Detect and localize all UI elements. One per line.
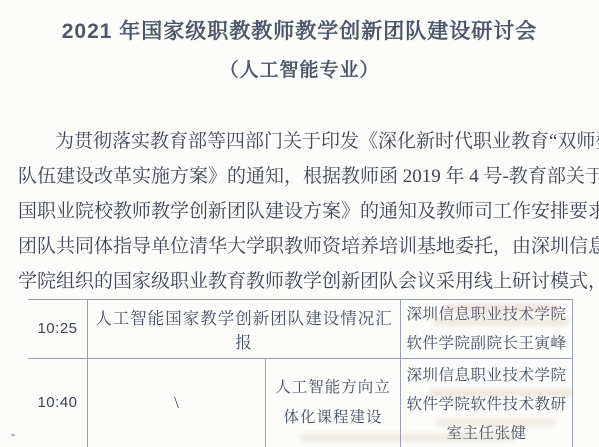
table-cell-time-row2: 10:40 <box>28 358 87 447</box>
body-line-5: 学院组织的国家级职业教育教师教学创新团队会议采用线上研讨模式，通知如下： <box>18 264 595 299</box>
table-border-right <box>572 299 573 447</box>
body-line-4: 团队共同体指导单位清华大学职教师资培养培训基地委托，由深圳信息职业技术 <box>18 229 595 264</box>
table-cell-topic-row2: 人工智能方向立 体化课程建设 <box>266 358 400 447</box>
body-line-3: 国职业院校教师教学创新团队建设方案》的通知及教师司工作安排要求，由教学 <box>18 194 595 229</box>
document-page: 2021 年国家级职教教师教学创新团队建设研讨会 （人工智能专业） 为贯彻落实教… <box>0 0 599 447</box>
body-line-1: 为贯彻落实教育部等四部门关于印发《深化新时代职业教育“双师型”教师 <box>18 124 595 159</box>
schedule-table: 10:25 人工智能国家教学创新团队建设情况汇报 深圳信息职业技术学院 软件学院… <box>28 299 573 447</box>
scan-speck <box>11 433 15 436</box>
table-cell-speaker-row2: 深圳信息职业技术学院 软件学院软件技术教研 室主任张健 <box>401 355 572 447</box>
body-paragraph: 为贯彻落实教育部等四部门关于印发《深化新时代职业教育“双师型”教师 队伍建设改革… <box>18 124 595 299</box>
table-cell-speaker-row1: 深圳信息职业技术学院 软件学院副院长王寅峰 <box>401 299 572 358</box>
table-cell-placeholder-row2: \ <box>88 358 265 447</box>
table-cell-time-row1: 10:25 <box>28 299 87 358</box>
body-line-2: 队伍建设改革实施方案》的通知，根据教师函 2019 年 4 号-教育部关于印发《… <box>18 159 595 194</box>
page-subtitle: （人工智能专业） <box>0 55 599 82</box>
table-cell-topic-row1: 人工智能国家教学创新团队建设情况汇报 <box>88 299 400 358</box>
page-title: 2021 年国家级职教教师教学创新团队建设研讨会 <box>0 15 599 45</box>
